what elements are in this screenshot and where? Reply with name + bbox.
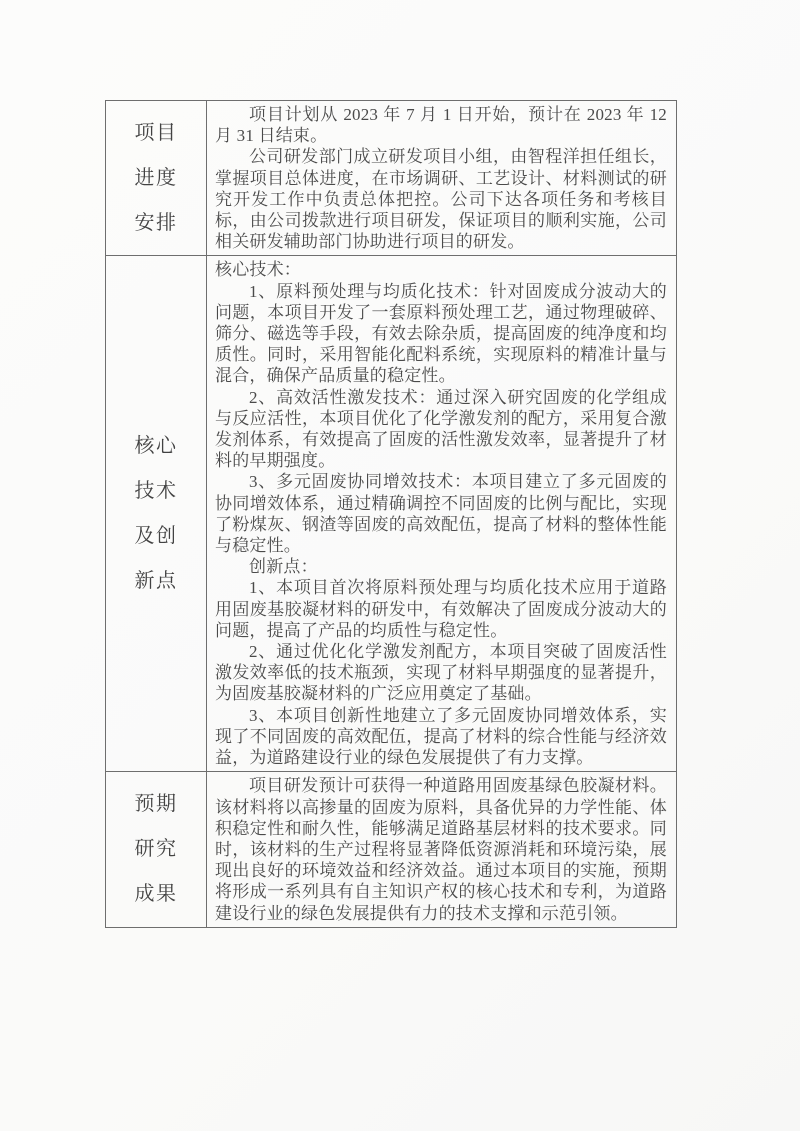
paragraph-core-tech-heading: 核心技术： bbox=[215, 259, 667, 280]
paragraph-core-tech-1: 1、原料预处理与均质化技术：针对固废成分波动大的问题，本项目开发了一套原料预处理… bbox=[215, 281, 667, 387]
row-header-line: 进度 bbox=[135, 156, 178, 201]
paragraph-innovation-heading: 创新点： bbox=[215, 556, 667, 577]
scanned-document-page: 项目 进度 安排 项目计划从 2023 年 7 月 1 日开始，预计在 2023… bbox=[0, 0, 800, 1131]
cell-core-technology-content: 核心技术： 1、原料预处理与均质化技术：针对固废成分波动大的问题，本项目开发了一… bbox=[207, 256, 676, 771]
paragraph-innovation-3: 3、本项目创新性地建立了多元固废协同增效体系，实现了不同固废的高效配伍，提高了材… bbox=[215, 705, 667, 769]
paragraph-core-tech-3: 3、多元固废协同增效技术：本项目建立了多元固废的协同增效体系，通过精确调控不同固… bbox=[215, 471, 667, 556]
table-row-core-technology: 核心 技术 及创 新点 核心技术： 1、原料预处理与均质化技术：针对固废成分波动… bbox=[106, 255, 676, 771]
row-header-line: 成果 bbox=[135, 872, 178, 917]
paragraph-innovation-1: 1、本项目首次将原料预处理与均质化技术应用于道路用固废基胶凝材料的研发中，有效解… bbox=[215, 577, 667, 641]
row-header-line: 核心 bbox=[135, 424, 178, 469]
row-header-line: 新点 bbox=[135, 559, 178, 604]
row-header-line: 研究 bbox=[135, 827, 178, 872]
table-row-project-schedule: 项目 进度 安排 项目计划从 2023 年 7 月 1 日开始，预计在 2023… bbox=[106, 101, 676, 255]
paragraph-schedule-organization: 公司研发部门成立研发项目小组，由智程洋担任组长，掌握项目总体进度，在市场调研、工… bbox=[215, 146, 667, 252]
paragraph-innovation-2: 2、通过优化化学激发剂配方，本项目突破了固废活性激发效率低的技术瓶颈，实现了材料… bbox=[215, 641, 667, 705]
row-header-core-technology: 核心 技术 及创 新点 bbox=[106, 256, 207, 771]
row-header-project-schedule: 项目 进度 安排 bbox=[106, 101, 207, 255]
cell-project-schedule-content: 项目计划从 2023 年 7 月 1 日开始，预计在 2023 年 12 月 3… bbox=[207, 101, 676, 255]
row-header-line: 技术 bbox=[135, 469, 178, 514]
cell-expected-results-content: 项目研发预计可获得一种道路用固废基绿色胶凝材料。该材料将以高掺量的固废为原料，具… bbox=[207, 772, 676, 926]
row-header-line: 预期 bbox=[135, 782, 178, 827]
row-header-line: 及创 bbox=[135, 514, 178, 559]
row-header-line: 安排 bbox=[135, 201, 178, 246]
paragraph-schedule-dates: 项目计划从 2023 年 7 月 1 日开始，预计在 2023 年 12 月 3… bbox=[215, 104, 667, 146]
project-report-table: 项目 进度 安排 项目计划从 2023 年 7 月 1 日开始，预计在 2023… bbox=[105, 100, 677, 928]
paragraph-core-tech-2: 2、高效活性激发技术：通过深入研究固废的化学组成与反应活性，本项目优化了化学激发… bbox=[215, 387, 667, 472]
paragraph-expected-results: 项目研发预计可获得一种道路用固废基绿色胶凝材料。该材料将以高掺量的固废为原料，具… bbox=[215, 775, 667, 923]
table-row-expected-results: 预期 研究 成果 项目研发预计可获得一种道路用固废基绿色胶凝材料。该材料将以高掺… bbox=[106, 771, 676, 926]
row-header-line: 项目 bbox=[135, 111, 178, 156]
row-header-expected-results: 预期 研究 成果 bbox=[106, 772, 207, 926]
